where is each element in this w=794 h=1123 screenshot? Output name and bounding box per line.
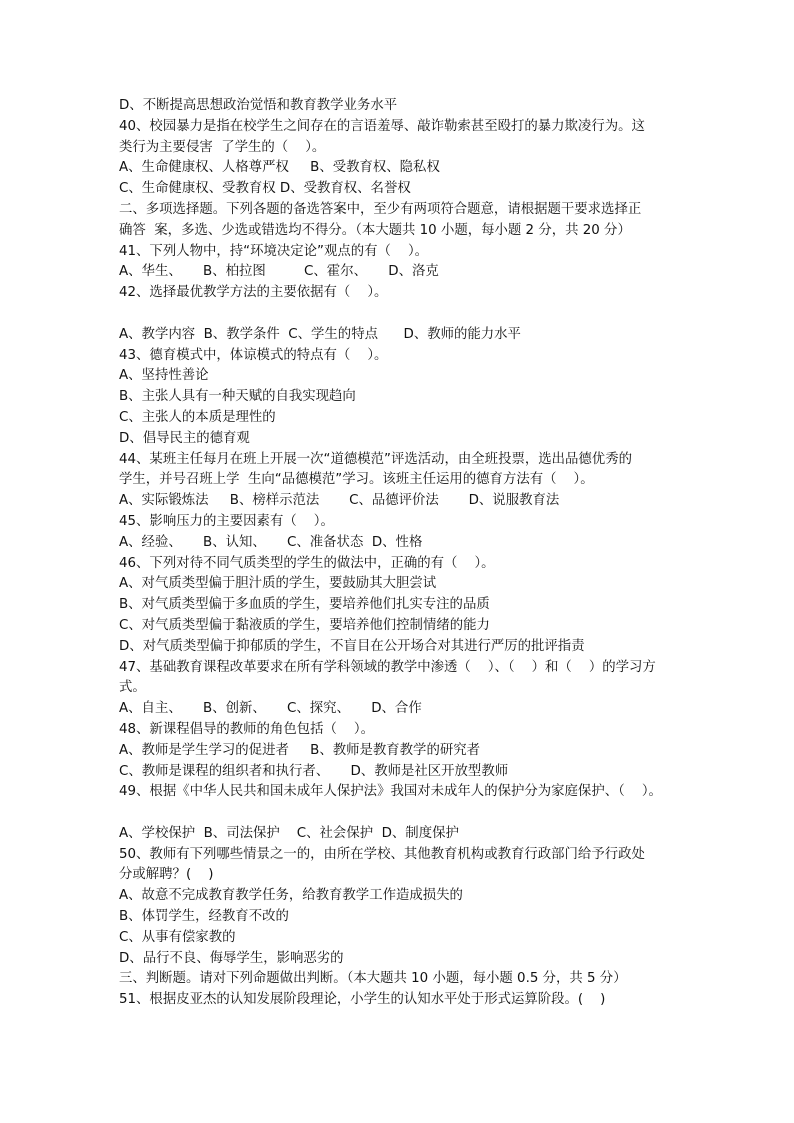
- question-stem: 49、根据《中华人民共和国未成年人保护法》我国对未成年人的保护分为家庭保护、（ …: [119, 782, 684, 803]
- blank-line: [119, 304, 684, 325]
- option-line: A、坚持性善论: [119, 366, 684, 387]
- option-line: A、自主、 B、创新、 C、探究、 D、合作: [119, 699, 684, 720]
- option-line: C、生命健康权、受教育权 D、受教育权、名誉权: [119, 179, 684, 200]
- option-line: A、教学内容 B、教学条件 C、学生的特点 D、教师的能力水平: [119, 325, 684, 346]
- section-heading: 确答 案，多选、少选或错选均不得分。（本大题共 10 小题，每小题 2 分，共 …: [119, 221, 684, 242]
- question-stem: 42、选择最优教学方法的主要依据有（ ）。: [119, 283, 684, 304]
- option-line: A、对气质类型偏于胆汁质的学生，要鼓励其大胆尝试: [119, 574, 684, 595]
- option-line: A、教师是学生学习的促进者 B、教师是教育教学的研究者: [119, 741, 684, 762]
- option-line: C、主张人的本质是理性的: [119, 408, 684, 429]
- option-line: C、对气质类型偏于黏液质的学生，要培养他们控制情绪的能力: [119, 616, 684, 637]
- option-line: A、生命健康权、人格尊严权 B、受教育权、隐私权: [119, 158, 684, 179]
- question-stem: 47、基础教育课程改革要求在所有学科领域的教学中渗透（ ）、（ ）和（ ）的学习…: [119, 658, 684, 679]
- question-stem: 学生，并号召班上学 生向“品德模范”学习。该班主任运用的德育方法有（ ）。: [119, 470, 684, 491]
- option-line: C、从事有偿家教的: [119, 928, 684, 949]
- question-stem: 46、下列对待不同气质类型的学生的做法中，正确的有（ ）。: [119, 554, 684, 575]
- question-stem: 44、某班主任每月在班上开展一次“道德模范”评选活动，由全班投票，选出品德优秀的: [119, 450, 684, 471]
- question-stem: 41、下列人物中，持“环境决定论”观点的有（ ）。: [119, 242, 684, 263]
- document-page: D、不断提高思想政治觉悟和教育教学业务水平 40、校园暴力是指在校学生之间存在的…: [119, 96, 684, 1011]
- question-stem: 类行为主要侵害 了学生的（ ）。: [119, 138, 684, 159]
- question-stem: 45、影响压力的主要因素有（ ）。: [119, 512, 684, 533]
- option-line: D、品行不良、侮辱学生，影响恶劣的: [119, 949, 684, 970]
- question-stem: 51、根据皮亚杰的认知发展阶段理论，小学生的认知水平处于形式运算阶段。( ): [119, 990, 684, 1011]
- blank-line: [119, 803, 684, 824]
- option-line: B、对气质类型偏于多血质的学生，要培养他们扎实专注的品质: [119, 595, 684, 616]
- question-stem: 50、教师有下列哪些情景之一的，由所在学校、其他教育机构或教育行政部门给予行政处: [119, 845, 684, 866]
- question-stem: 43、德育模式中，体谅模式的特点有（ ）。: [119, 346, 684, 367]
- option-line: A、华生、 B、柏拉图 C、霍尔、 D、洛克: [119, 262, 684, 283]
- section-heading: 二、多项选择题。下列各题的备选答案中，至少有两项符合题意，请根据题干要求选择正: [119, 200, 684, 221]
- question-stem: 分或解聘？( ): [119, 865, 684, 886]
- option-line: B、主张人具有一种天赋的自我实现趋向: [119, 387, 684, 408]
- option-line: C、教师是课程的组织者和执行者、 D、教师是社区开放型教师: [119, 762, 684, 783]
- question-stem: 式。: [119, 678, 684, 699]
- option-line: D、不断提高思想政治觉悟和教育教学业务水平: [119, 96, 684, 117]
- option-line: D、倡导民主的德育观: [119, 429, 684, 450]
- option-line: A、实际锻炼法 B、榜样示范法 C、品德评价法 D、说服教育法: [119, 491, 684, 512]
- option-line: D、对气质类型偏于抑郁质的学生，不盲目在公开场合对其进行严厉的批评指责: [119, 637, 684, 658]
- option-line: B、体罚学生，经教育不改的: [119, 907, 684, 928]
- question-stem: 40、校园暴力是指在校学生之间存在的言语羞辱、敲诈勒索甚至殴打的暴力欺凌行为。这: [119, 117, 684, 138]
- option-line: A、经验、 B、认知、 C、准备状态 D、性格: [119, 533, 684, 554]
- option-line: A、学校保护 B、司法保护 C、社会保护 D、制度保护: [119, 824, 684, 845]
- option-line: A、故意不完成教育教学任务，给教育教学工作造成损失的: [119, 886, 684, 907]
- section-heading: 三、判断题。请对下列命题做出判断。（本大题共 10 小题，每小题 0.5 分，共…: [119, 969, 684, 990]
- question-stem: 48、新课程倡导的教师的角色包括（ ）。: [119, 720, 684, 741]
